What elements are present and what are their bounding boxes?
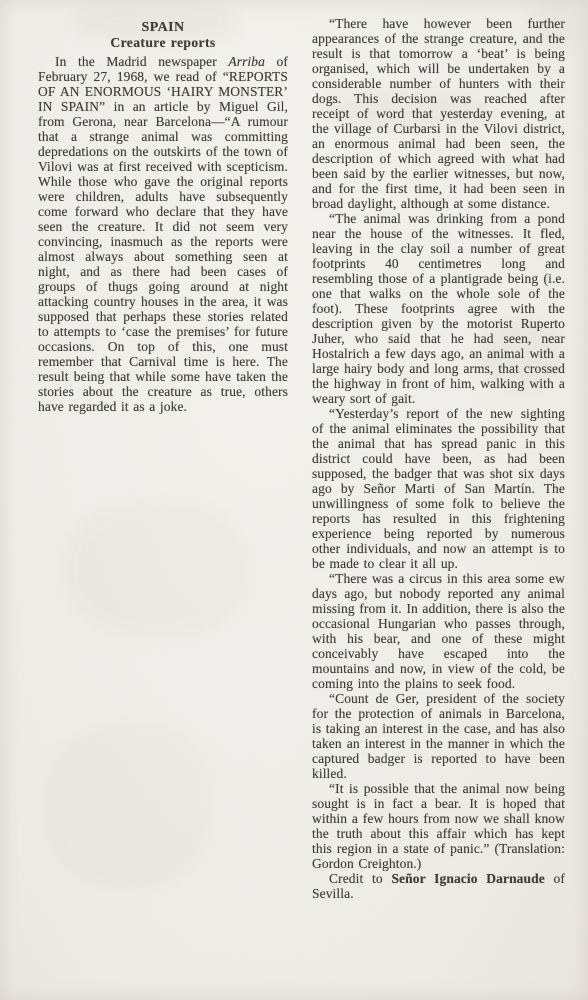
text-run: of February 27, 1968, we read of “REPORT… [38,54,288,414]
right-text-column: “There have however been further appeara… [312,16,565,901]
paragraph: “Count de Ger, president of the society … [312,691,565,781]
text-run: “Yesterday’s report of the new sighting … [312,406,565,571]
text-run: Credit to [329,871,391,886]
text-run: “There was a circus in this area some ew… [312,571,565,691]
paragraph: “It is possible that the animal now bein… [312,781,565,871]
paragraph: In the Madrid newspaper Arriba of Februa… [38,54,288,414]
left-text-column: SPAIN Creature reports In the Madrid new… [38,20,288,414]
left-column-paragraphs: In the Madrid newspaper Arriba of Februa… [38,54,288,414]
text-run: “The animal was drinking from a pond nea… [312,211,565,406]
text-run: Arriba [228,54,265,69]
country-heading: SPAIN [38,20,288,35]
paragraph: “Yesterday’s report of the new sighting … [312,406,565,571]
text-run: Señor Ignacio Darnaude [391,871,544,886]
bleedthrough-smudge [45,720,215,890]
text-run: “There have however been further appeara… [312,16,565,211]
scanned-document-page: SPAIN Creature reports In the Madrid new… [0,0,588,1000]
paragraph: Credit to Señor Ignacio Darnaude of Sevi… [312,871,565,901]
article-title: Creature reports [38,35,288,50]
right-column-paragraphs: “There have however been further appeara… [312,16,565,901]
text-run: In the Madrid newspaper [55,54,228,69]
bleedthrough-smudge [60,500,250,640]
paragraph: “There have however been further appeara… [312,16,565,211]
paragraph: “The animal was drinking from a pond nea… [312,211,565,406]
paragraph: “There was a circus in this area some ew… [312,571,565,691]
text-run: “Count de Ger, president of the society … [312,691,565,781]
text-run: “It is possible that the animal now bein… [312,781,565,871]
